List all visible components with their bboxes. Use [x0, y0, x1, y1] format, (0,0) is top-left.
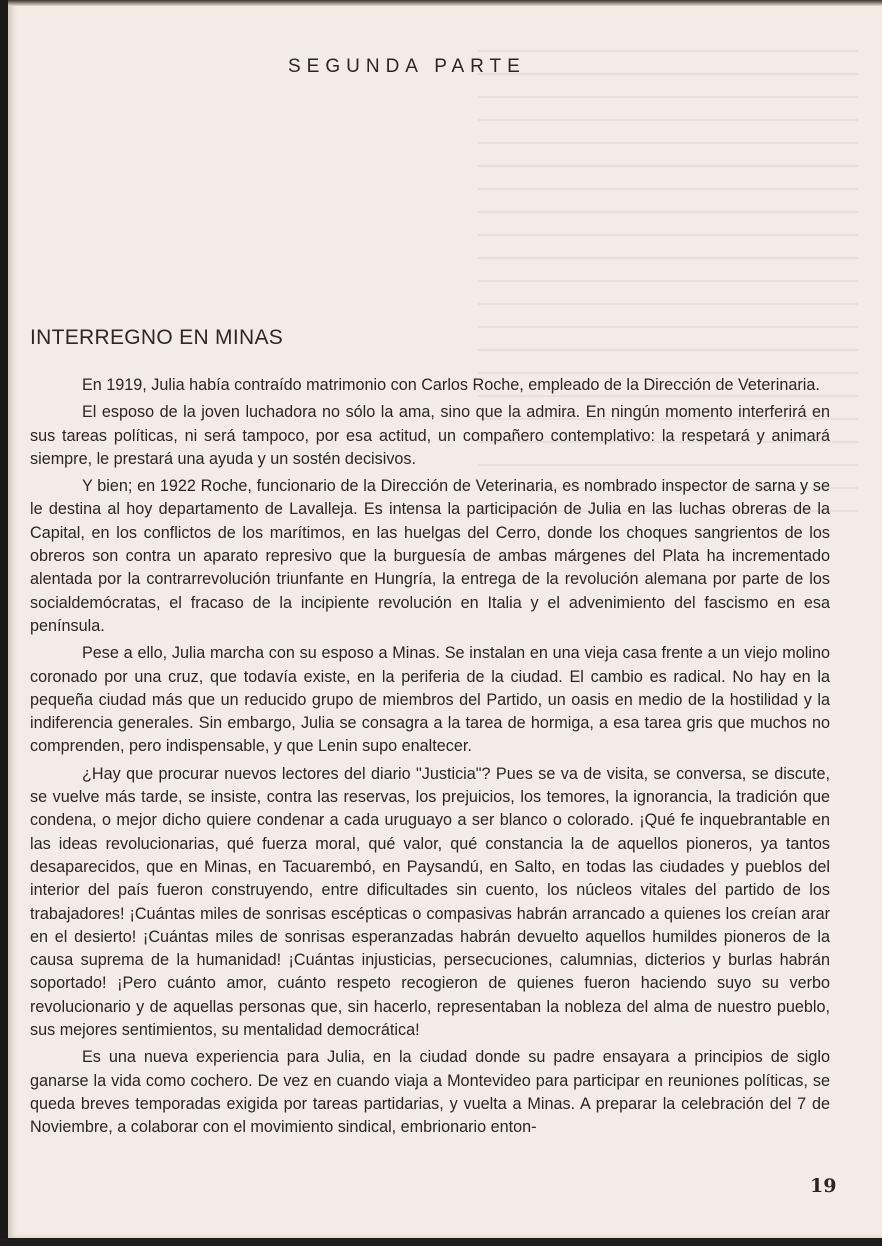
page-number: 19 [810, 1175, 836, 1197]
part-title: SEGUNDA PARTE [288, 56, 526, 78]
paragraph: ¿Hay que procurar nuevos lectores del di… [30, 763, 830, 1043]
paragraph: Pese a ello, Julia marcha con su esposo … [30, 642, 830, 758]
paragraph: Y bien; en 1922 Roche, funcionario de la… [30, 475, 830, 638]
book-page: SEGUNDA PARTE INTERREGNO EN MINAS En 191… [8, 0, 882, 1238]
scan-bottom-edge [0, 1238, 882, 1246]
page-top-edge [8, 0, 882, 6]
body-text: En 1919, Julia había contraído matrimoni… [30, 374, 830, 1140]
paragraph: Es una nueva experiencia para Julia, en … [30, 1046, 830, 1139]
section-title: INTERREGNO EN MINAS [30, 326, 283, 350]
paragraph: En 1919, Julia había contraído matrimoni… [30, 374, 830, 397]
paragraph: El esposo de la joven luchadora no sólo … [30, 401, 830, 471]
